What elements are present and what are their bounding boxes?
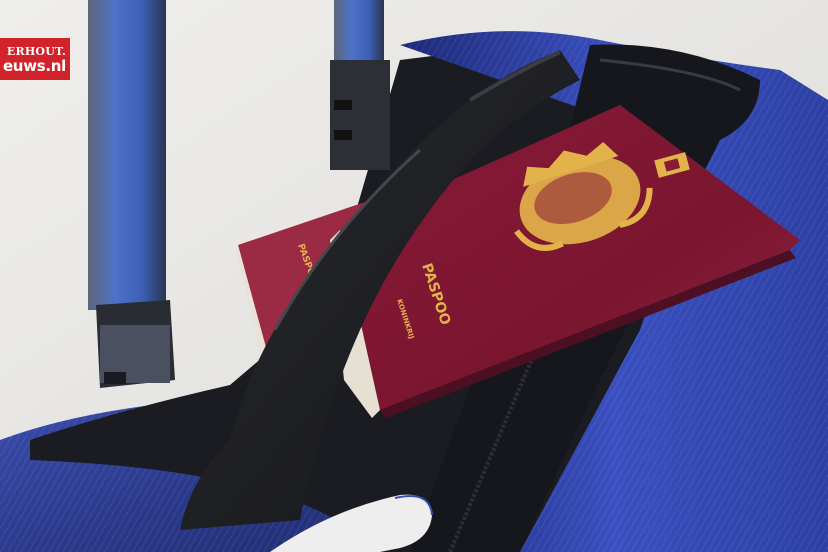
passport-suitcase-photo: PASPO PASPOO KONINKRIJ xyxy=(0,0,828,552)
logo-line-1: ERHOUT. xyxy=(7,45,66,58)
news-site-logo[interactable]: ERHOUT. euws.nl xyxy=(0,38,70,80)
logo-line-2: euws.nl xyxy=(3,58,66,74)
photo-scene: PASPO PASPOO KONINKRIJ ERHOUT. euws.nl xyxy=(0,0,828,552)
